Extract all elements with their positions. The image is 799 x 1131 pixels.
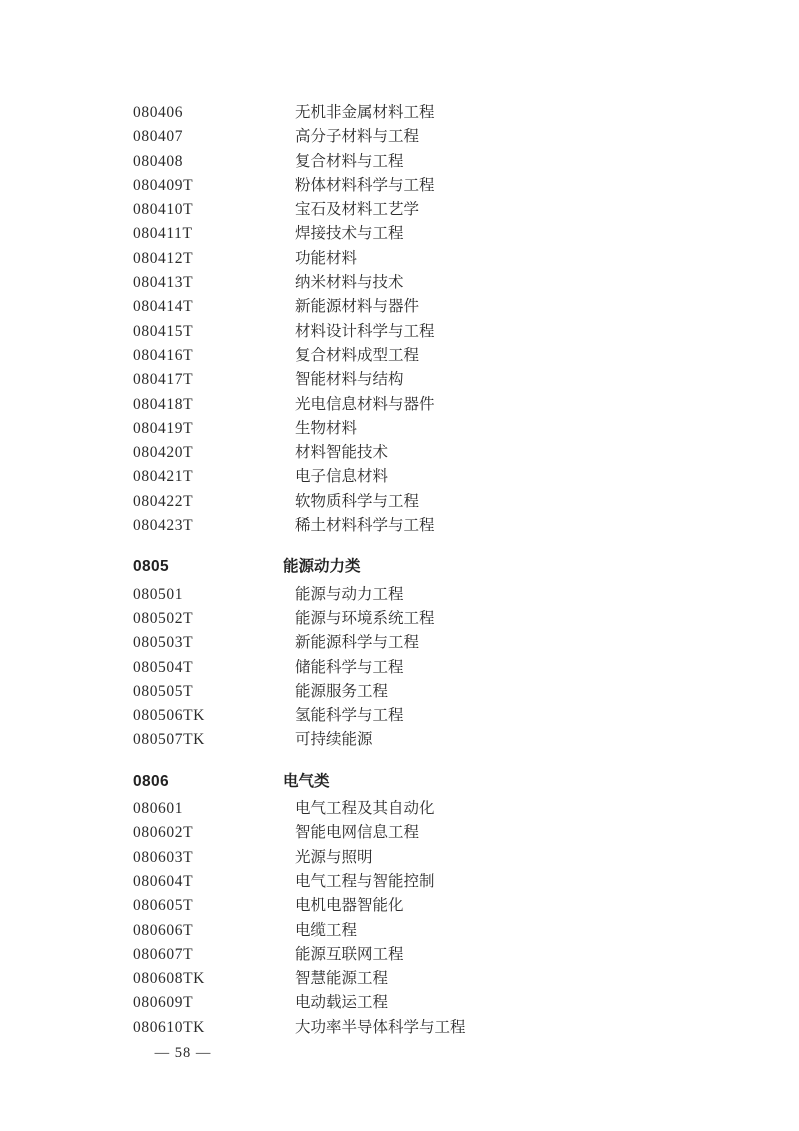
major-name: 生物材料: [295, 417, 769, 441]
table-row: 080603T光源与照明: [133, 846, 769, 870]
major-code: 080408: [133, 150, 295, 174]
table-row: 080420T材料智能技术: [133, 441, 769, 465]
major-name: 储能科学与工程: [295, 656, 769, 680]
major-code: 080409T: [133, 174, 295, 198]
major-code: 080413T: [133, 271, 295, 295]
table-row: 080414T新能源材料与器件: [133, 295, 769, 319]
table-row: 080407高分子材料与工程: [133, 125, 769, 149]
major-name: 光源与照明: [295, 846, 769, 870]
major-name: 电气工程及其自动化: [295, 797, 769, 821]
major-name: 高分子材料与工程: [295, 125, 769, 149]
major-name: 纳米材料与技术: [295, 271, 769, 295]
major-name: 电缆工程: [295, 919, 769, 943]
major-name: 材料设计科学与工程: [295, 320, 769, 344]
major-name: 智能电网信息工程: [295, 821, 769, 845]
table-row: 080408复合材料与工程: [133, 150, 769, 174]
major-name: 新能源材料与器件: [295, 295, 769, 319]
category-name: 能源动力类: [283, 555, 769, 579]
table-row: 080607T能源互联网工程: [133, 943, 769, 967]
major-name: 光电信息材料与器件: [295, 393, 769, 417]
table-row: 080422T软物质科学与工程: [133, 490, 769, 514]
major-name: 无机非金属材料工程: [295, 101, 769, 125]
table-row: 080506TK氢能科学与工程: [133, 704, 769, 728]
table-row: 080505T能源服务工程: [133, 680, 769, 704]
section-header-row: 0806电气类: [133, 770, 769, 794]
table-row: 080606T电缆工程: [133, 919, 769, 943]
major-code: 080609T: [133, 991, 295, 1015]
major-name: 能源与动力工程: [295, 583, 769, 607]
major-name: 氢能科学与工程: [295, 704, 769, 728]
major-code: 080601: [133, 797, 295, 821]
major-code: 080414T: [133, 295, 295, 319]
major-code: 080417T: [133, 368, 295, 392]
table-row: 080601电气工程及其自动化: [133, 797, 769, 821]
table-row: 080609T电动载运工程: [133, 991, 769, 1015]
major-code: 080603T: [133, 846, 295, 870]
table-row: 080502T能源与环境系统工程: [133, 607, 769, 631]
table-row: 080411T焊接技术与工程: [133, 222, 769, 246]
table-row: 080410T宝石及材料工艺学: [133, 198, 769, 222]
major-name: 新能源科学与工程: [295, 631, 769, 655]
major-section: 0805能源动力类080501能源与动力工程080502T能源与环境系统工程08…: [133, 555, 769, 752]
table-row: 080610TK大功率半导体科学与工程: [133, 1016, 769, 1040]
category-code: 0806: [133, 770, 283, 794]
table-row: 080602T智能电网信息工程: [133, 821, 769, 845]
major-section: 080406无机非金属材料工程080407高分子材料与工程080408复合材料与…: [133, 101, 769, 538]
table-row: 080417T智能材料与结构: [133, 368, 769, 392]
major-name: 大功率半导体科学与工程: [295, 1016, 769, 1040]
major-code: 080419T: [133, 417, 295, 441]
major-name: 电动载运工程: [295, 991, 769, 1015]
major-code: 080421T: [133, 465, 295, 489]
major-code: 080416T: [133, 344, 295, 368]
major-code: 080505T: [133, 680, 295, 704]
major-name: 宝石及材料工艺学: [295, 198, 769, 222]
table-row: 080415T材料设计科学与工程: [133, 320, 769, 344]
major-code: 080506TK: [133, 704, 295, 728]
major-code: 080415T: [133, 320, 295, 344]
major-name: 可持续能源: [295, 728, 769, 752]
page-number: — 58 —: [133, 1044, 233, 1062]
major-code: 080422T: [133, 490, 295, 514]
major-code: 080503T: [133, 631, 295, 655]
table-row: 080501能源与动力工程: [133, 583, 769, 607]
major-name: 电子信息材料: [295, 465, 769, 489]
major-code: 080607T: [133, 943, 295, 967]
major-code: 080606T: [133, 919, 295, 943]
table-row: 080421T电子信息材料: [133, 465, 769, 489]
major-code: 080610TK: [133, 1016, 295, 1040]
major-name: 焊接技术与工程: [295, 222, 769, 246]
major-name: 材料智能技术: [295, 441, 769, 465]
table-row: 080409T粉体材料科学与工程: [133, 174, 769, 198]
table-row: 080412T功能材料: [133, 247, 769, 271]
major-code: 080410T: [133, 198, 295, 222]
major-code: 080502T: [133, 607, 295, 631]
table-row: 080608TK智慧能源工程: [133, 967, 769, 991]
table-row: 080503T新能源科学与工程: [133, 631, 769, 655]
table-row: 080419T生物材料: [133, 417, 769, 441]
major-code-list: 080406无机非金属材料工程080407高分子材料与工程080408复合材料与…: [133, 101, 769, 1040]
category-name: 电气类: [283, 770, 769, 794]
major-code: 080407: [133, 125, 295, 149]
major-code: 080420T: [133, 441, 295, 465]
major-code: 080411T: [133, 222, 295, 246]
major-name: 复合材料与工程: [295, 150, 769, 174]
major-section: 0806电气类080601电气工程及其自动化080602T智能电网信息工程080…: [133, 770, 769, 1040]
major-code: 080504T: [133, 656, 295, 680]
major-name: 能源与环境系统工程: [295, 607, 769, 631]
category-code: 0805: [133, 555, 283, 579]
major-code: 080605T: [133, 894, 295, 918]
document-page: 080406无机非金属材料工程080407高分子材料与工程080408复合材料与…: [0, 0, 799, 1131]
section-header-row: 0805能源动力类: [133, 555, 769, 579]
major-code: 080406: [133, 101, 295, 125]
major-code: 080501: [133, 583, 295, 607]
table-row: 080504T储能科学与工程: [133, 656, 769, 680]
major-name: 能源服务工程: [295, 680, 769, 704]
major-name: 稀土材料科学与工程: [295, 514, 769, 538]
table-row: 080406无机非金属材料工程: [133, 101, 769, 125]
table-row: 080605T电机电器智能化: [133, 894, 769, 918]
major-name: 能源互联网工程: [295, 943, 769, 967]
major-name: 电气工程与智能控制: [295, 870, 769, 894]
table-row: 080418T光电信息材料与器件: [133, 393, 769, 417]
table-row: 080413T纳米材料与技术: [133, 271, 769, 295]
major-name: 复合材料成型工程: [295, 344, 769, 368]
major-code: 080418T: [133, 393, 295, 417]
major-code: 080608TK: [133, 967, 295, 991]
major-name: 智慧能源工程: [295, 967, 769, 991]
major-code: 080602T: [133, 821, 295, 845]
major-name: 软物质科学与工程: [295, 490, 769, 514]
major-code: 080507TK: [133, 728, 295, 752]
major-name: 电机电器智能化: [295, 894, 769, 918]
major-code: 080412T: [133, 247, 295, 271]
table-row: 080604T电气工程与智能控制: [133, 870, 769, 894]
major-code: 080604T: [133, 870, 295, 894]
table-row: 080416T复合材料成型工程: [133, 344, 769, 368]
major-name: 功能材料: [295, 247, 769, 271]
major-name: 粉体材料科学与工程: [295, 174, 769, 198]
major-name: 智能材料与结构: [295, 368, 769, 392]
table-row: 080507TK可持续能源: [133, 728, 769, 752]
major-code: 080423T: [133, 514, 295, 538]
table-row: 080423T稀土材料科学与工程: [133, 514, 769, 538]
